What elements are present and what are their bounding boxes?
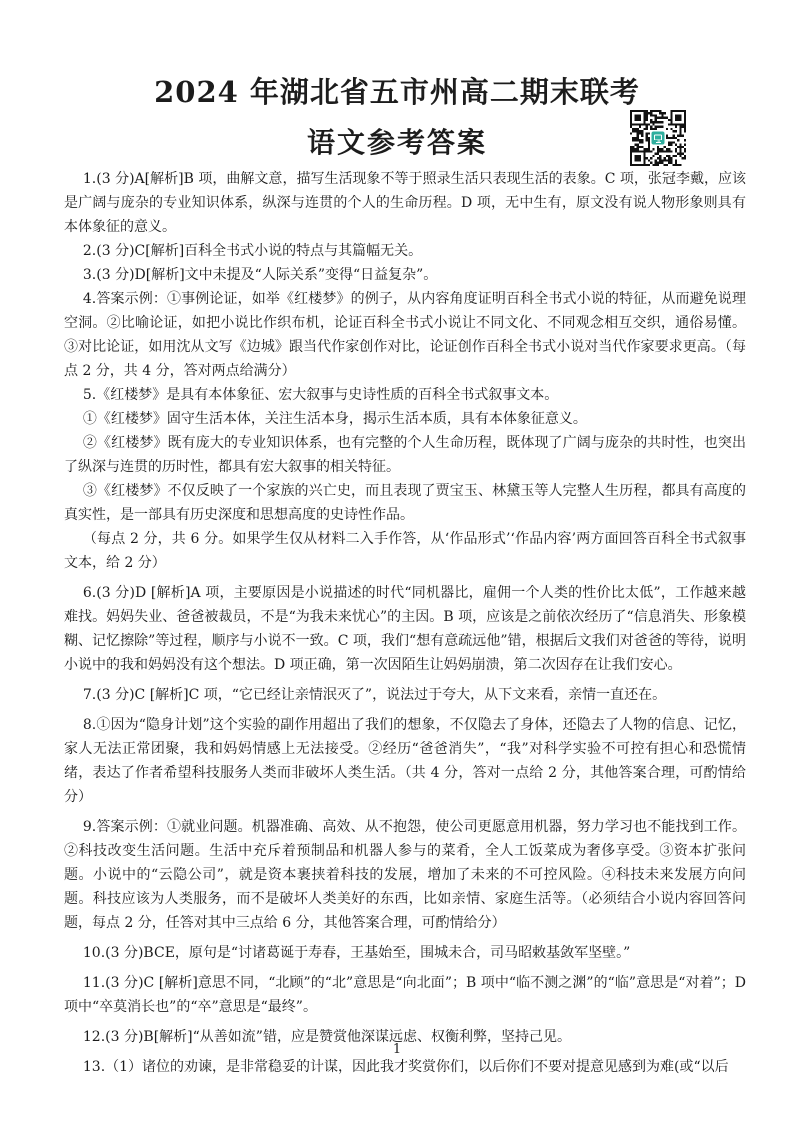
answer-paragraph: ①《红楼梦》固守生活本体，关注生活本身，揭示生活本质，具有本体象征意义。 — [64, 407, 746, 431]
answer-paragraph: 13.（1）诸位的劝谏，是非常稳妥的计谋，因此我才奖赏你们，以后你们不要对提意见… — [64, 1055, 746, 1079]
answer-paragraph: 11.(3 分)C [解析]意思不同，“北顾”的“北”意思是“向北面”；B 项中… — [64, 971, 746, 1019]
answer-sheet-page: 2024 年湖北省五市州高二期末联考 语文参考答案 1.(3 分)A[解析]B … — [0, 0, 794, 1123]
answer-paragraph: 4.答案示例：①事例论证，如举《红楼梦》的例子，从内容角度证明百科全书式小说的特… — [64, 287, 746, 383]
answer-paragraph: 8.①因为“隐身计划”这个实验的副作用超出了我们的想象，不仅隐去了身体，还隐去了… — [64, 713, 746, 809]
answer-paragraph: ③《红楼梦》不仅反映了一个家族的兴亡史，而且表现了贾宝玉、林黛玉等人完整人生历程… — [64, 479, 746, 527]
answer-paragraph: 2.(3 分)C[解析]百科全书式小说的特点与其篇幅无关。 — [64, 239, 746, 263]
qr-code-icon — [630, 110, 686, 166]
page-number: 1 — [0, 1042, 794, 1057]
answer-content: 1.(3 分)A[解析]B 项，曲解文意，描写生活现象不等于照录生活只表现生活的… — [64, 167, 746, 1079]
answer-paragraph: 1.(3 分)A[解析]B 项，曲解文意，描写生活现象不等于照录生活只表现生活的… — [64, 167, 746, 239]
answer-paragraph: 7.(3 分)C [解析]C 项，“它已经让亲情泯灭了”，说法过于夸大，从下文来… — [64, 683, 746, 707]
answer-paragraph: ②《红楼梦》既有庞大的专业知识体系，也有完整的个人生命历程，既体现了广阔与庞杂的… — [64, 431, 746, 479]
answer-paragraph: 10.(3 分)BCE，原句是“讨诸葛诞于寿春，王基始至，围城未合，司马昭敕基敛… — [64, 941, 746, 965]
document-title: 2024 年湖北省五市州高二期末联考 — [0, 70, 794, 111]
answer-paragraph: 3.(3 分)D[解析]文中未提及“人际关系”变得“日益复杂”。 — [64, 263, 746, 287]
answer-paragraph: （每点 2 分，共 6 分。如果学生仅从材料二入手作答，从‘作品形式’‘作品内容… — [64, 527, 746, 575]
answer-paragraph: 9.答案示例：①就业问题。机器准确、高效、从不抱怨，使公司更愿意用机器，努力学习… — [64, 815, 746, 935]
answer-paragraph: 5.《红楼梦》是具有本体象征、宏大叙事与史诗性质的百科全书式叙事文本。 — [64, 383, 746, 407]
answer-paragraph: 6.(3 分)D [解析]A 项，主要原因是小说描述的时代“同机器比，雇佣一个人… — [64, 581, 746, 677]
